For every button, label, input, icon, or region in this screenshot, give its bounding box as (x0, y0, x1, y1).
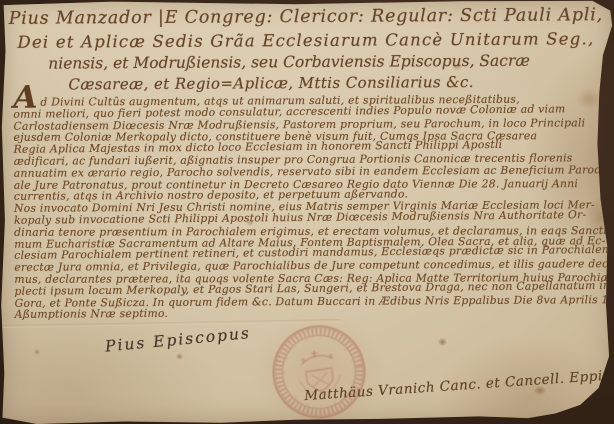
document-body-line: dinaria tenore præsentium in Parochialem… (14, 225, 608, 239)
drop-cap-initial: A (13, 93, 37, 105)
heading-line: Pius Manzador |E Congreg: Clericor: Regu… (7, 3, 605, 32)
document-body-line: ale Jure Patronatus, prout continetur in… (14, 178, 608, 192)
heading-line: niensis, et Modrußiensis, seu Corbaviens… (7, 50, 571, 74)
document-heading: Pius Manzador |E Congreg: Clericor: Regu… (7, 3, 606, 95)
episcopal-wax-seal-icon (265, 322, 374, 424)
manuscript-page: Pius Manzador |E Congreg: Clericor: Regu… (0, 0, 614, 424)
heading-line: Cæsareæ, et Regio=Aplicæ, Mttis Consilia… (7, 72, 535, 95)
manuscript-content: Pius Manzador |E Congreg: Clericor: Regu… (0, 0, 614, 424)
bishop-signature: Pius Episcopus (104, 324, 251, 356)
document-photo: Pius Manzador |E Congreg: Clericor: Regu… (0, 0, 614, 424)
document-body: A d Divini Cultûs augmentum, atqs ut ani… (13, 93, 608, 321)
